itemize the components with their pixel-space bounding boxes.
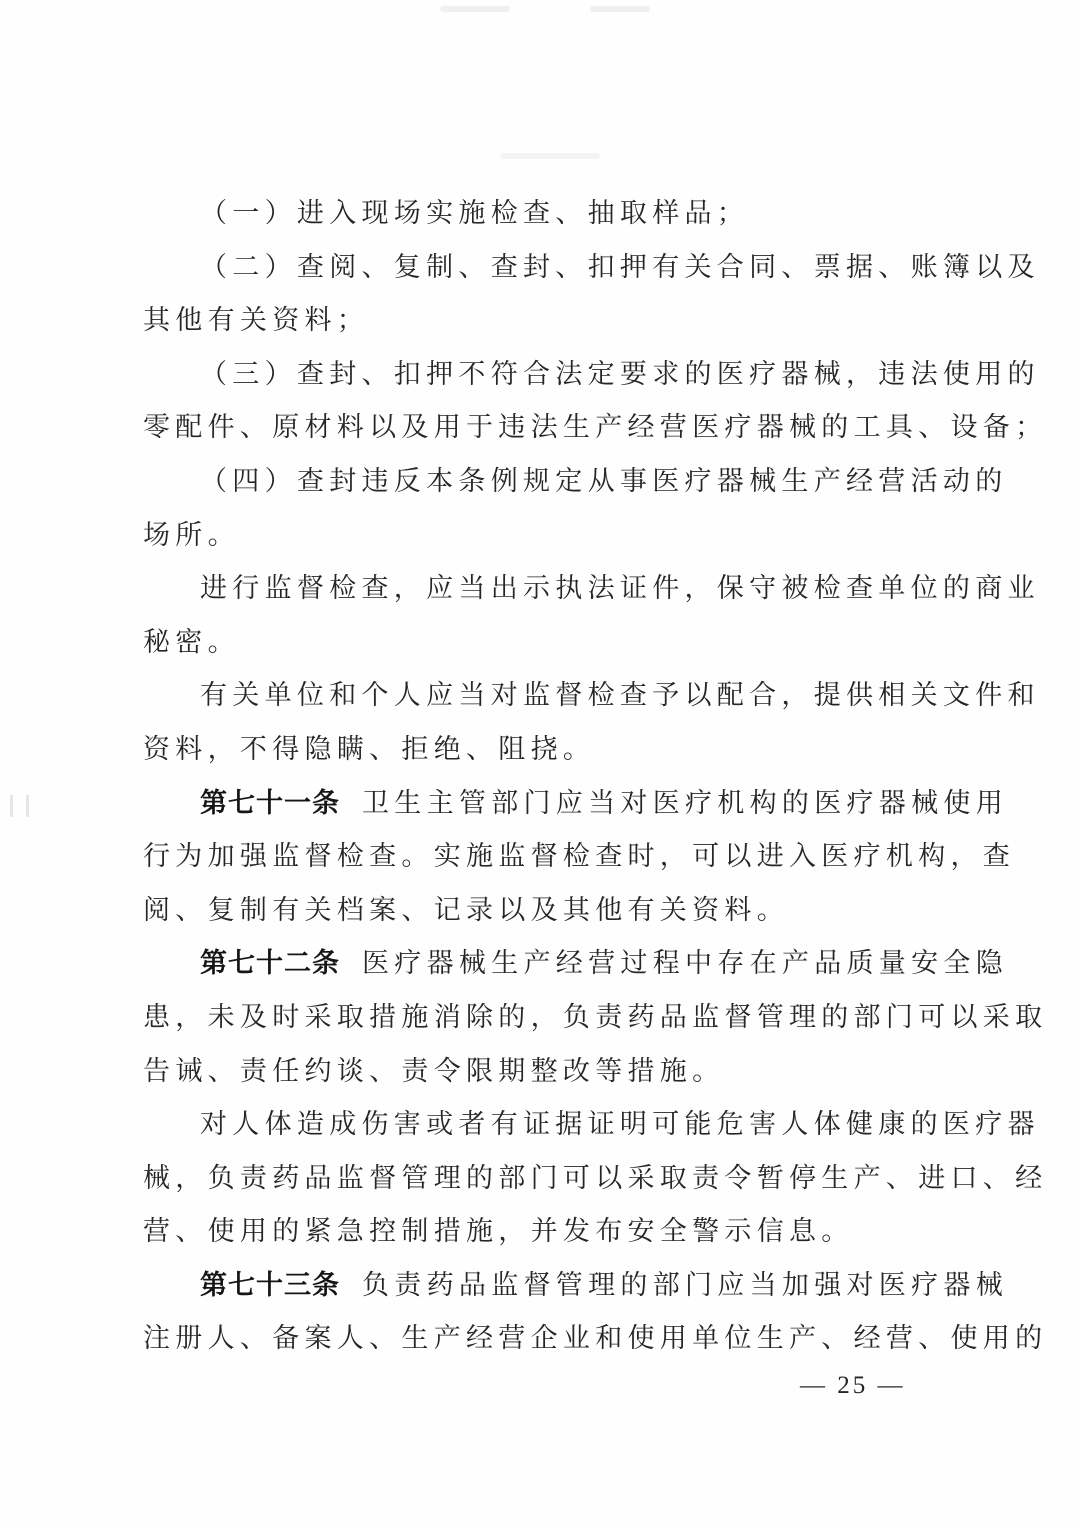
article-73-line-1: 第七十三条负责药品监督管理的部门应当加强对医疗器械	[143, 1259, 943, 1313]
bleed-through-mark	[590, 6, 650, 12]
bleed-through-mark	[500, 153, 600, 159]
article-71-line-3: 阅、复制有关档案、记录以及其他有关资料。	[143, 884, 943, 938]
list-item-4-line-1: （四）查封违反本条例规定从事医疗器械生产经营活动的	[143, 455, 943, 509]
list-item-3-line-1: （三）查封、扣押不符合法定要求的医疗器械，违法使用的	[143, 348, 943, 402]
list-item-2-line-2: 其他有关资料；	[143, 294, 943, 348]
document-body: （一）进入现场实施检查、抽取样品； （二）查阅、复制、查封、扣押有关合同、票据、…	[143, 187, 943, 1366]
paragraph-cooperation-line-2: 资料，不得隐瞒、拒绝、阻挠。	[143, 723, 943, 777]
article-73-line-2: 注册人、备案人、生产经营企业和使用单位生产、经营、使用的	[143, 1312, 943, 1366]
article-73-text: 负责药品监督管理的部门应当加强对医疗器械	[362, 1270, 1008, 1301]
article-72-line-3: 告诫、责任约谈、责令限期整改等措施。	[143, 1045, 943, 1099]
paragraph-cooperation-line-1: 有关单位和个人应当对监督检查予以配合，提供相关文件和	[143, 669, 943, 723]
list-item-1: （一）进入现场实施检查、抽取样品；	[143, 187, 943, 241]
article-72-line-1: 第七十二条医疗器械生产经营过程中存在产品质量安全隐	[143, 937, 943, 991]
list-item-4-line-2: 场所。	[143, 509, 943, 563]
article-71-line-2: 行为加强监督检查。实施监督检查时，可以进入医疗机构，查	[143, 830, 943, 884]
scan-edge-mark	[10, 795, 13, 817]
article-72-paragraph-2-line-3: 营、使用的紧急控制措施，并发布安全警示信息。	[143, 1205, 943, 1259]
article-71-text: 卫生主管部门应当对医疗机构的医疗器械使用	[362, 788, 1008, 819]
article-71-heading: 第七十一条	[200, 788, 340, 819]
list-item-2-line-1: （二）查阅、复制、查封、扣押有关合同、票据、账簿以及	[143, 241, 943, 295]
article-72-heading: 第七十二条	[200, 948, 340, 979]
scan-edge-mark	[26, 795, 29, 817]
document-page: （一）进入现场实施检查、抽取样品； （二）查阅、复制、查封、扣押有关合同、票据、…	[0, 0, 1080, 1526]
page-number: — 25 —	[800, 1372, 906, 1400]
article-72-text: 医疗器械生产经营过程中存在产品质量安全隐	[362, 948, 1008, 979]
article-73-heading: 第七十三条	[200, 1270, 340, 1301]
paragraph-inspection-line-2: 秘密。	[143, 616, 943, 670]
article-72-paragraph-2-line-2: 械，负责药品监督管理的部门可以采取责令暂停生产、进口、经	[143, 1152, 943, 1206]
paragraph-inspection-line-1: 进行监督检查，应当出示执法证件，保守被检查单位的商业	[143, 562, 943, 616]
bleed-through-mark	[440, 6, 510, 12]
article-71-line-1: 第七十一条卫生主管部门应当对医疗机构的医疗器械使用	[143, 777, 943, 831]
article-72-paragraph-2-line-1: 对人体造成伤害或者有证据证明可能危害人体健康的医疗器	[143, 1098, 943, 1152]
article-72-line-2: 患，未及时采取措施消除的，负责药品监督管理的部门可以采取	[143, 991, 943, 1045]
list-item-3-line-2: 零配件、原材料以及用于违法生产经营医疗器械的工具、设备；	[143, 401, 943, 455]
